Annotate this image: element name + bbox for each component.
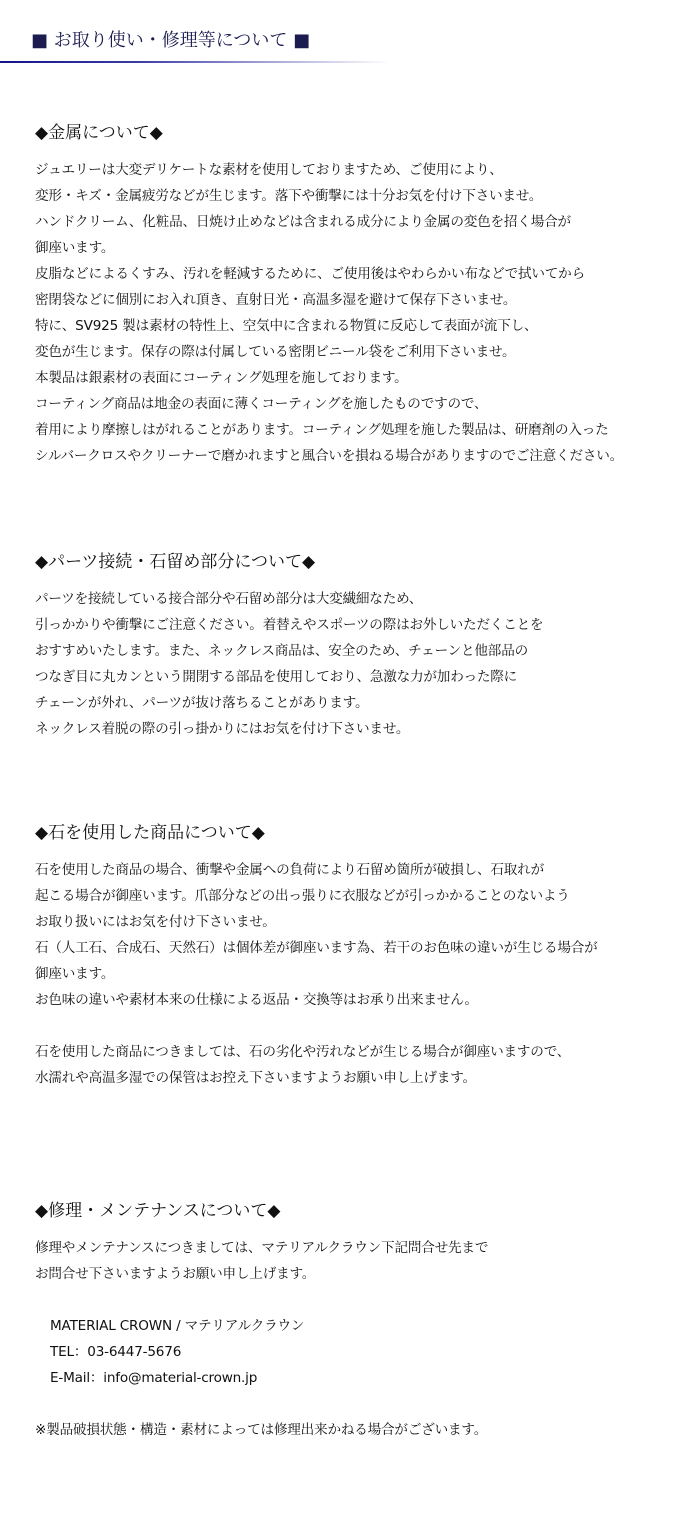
section-metal: ◆金属について◆ ジュエリーは大変デリケートな素材を使用しておりますため、ご使用… <box>35 121 695 469</box>
body-line: 御座います。 <box>35 235 695 261</box>
section-stone-products: ◆石を使用した商品について◆ 石を使用した商品の場合、衝撃や金属への負荷により石… <box>35 821 695 1091</box>
body-line: 石（人工石、合成石、天然石）は個体差が御座います為、若干のお色味の違いが生じる場… <box>35 935 695 961</box>
body-line: 石を使用した商品につきましては、石の劣化や汚れなどが生じる場合が御座いますので、 <box>35 1039 695 1065</box>
page-title: ■ お取り使い・修理等について ■ <box>31 29 310 53</box>
body-line: お取り扱いにはお気を付け下さいませ。 <box>35 909 695 935</box>
body-line: 変色が生じます。保存の際は付属している密閉ビニール袋をご利用下さいませ。 <box>35 339 695 365</box>
body-line: 本製品は銀素材の表面にコーティング処理を施しております。 <box>35 365 695 391</box>
section-heading: ◆修理・メンテナンスについて◆ <box>35 1199 695 1223</box>
body-line: 起こる場合が御座います。爪部分などの出っ張りに衣服などが引っかかることのないよう <box>35 883 695 909</box>
title-underline-divider <box>0 61 390 63</box>
spacer <box>35 1391 695 1417</box>
section-body: パーツを接続している接合部分や石留め部分は大変繊細なため、 引っかかりや衝撃にご… <box>35 586 695 742</box>
section-heading: ◆石を使用した商品について◆ <box>35 821 695 845</box>
body-line: 変形・キズ・金属疲労などが生じます。落下や衝撃には十分お気を付け下さいませ。 <box>35 183 695 209</box>
contact-block: MATERIAL CROWN / マテリアルクラウン TEL：03-6447-5… <box>35 1313 695 1391</box>
spacer <box>35 1287 695 1313</box>
section-body: 石を使用した商品の場合、衝撃や金属への負荷により石留め箇所が破損し、石取れが 起… <box>35 857 695 1091</box>
blank-line <box>35 1013 695 1039</box>
body-line: お問合せ下さいますようお願い申し上げます。 <box>35 1261 695 1287</box>
body-line: おすすめいたします。また、ネックレス商品は、安全のため、チェーンと他部品の <box>35 638 695 664</box>
body-line: 御座います。 <box>35 961 695 987</box>
body-line: ネックレス着脱の際の引っ掛かりにはお気を付け下さいませ。 <box>35 716 695 742</box>
contact-tel[interactable]: TEL：03-6447-5676 <box>50 1339 695 1365</box>
body-line: 石を使用した商品の場合、衝撃や金属への負荷により石留め箇所が破損し、石取れが <box>35 857 695 883</box>
body-line: つなぎ目に丸カンという開閉する部品を使用しており、急激な力が加わった際に <box>35 664 695 690</box>
body-line: ジュエリーは大変デリケートな素材を使用しておりますため、ご使用により、 <box>35 157 695 183</box>
body-line: ハンドクリーム、化粧品、日焼け止めなどは含まれる成分により金属の変色を招く場合が <box>35 209 695 235</box>
body-line: 引っかかりや衝撃にご注意ください。着替えやスポーツの際はお外しいただくことを <box>35 612 695 638</box>
repair-note: ※製品破損状態・構造・素材によっては修理出来かねる場合がございます。 <box>35 1417 695 1443</box>
body-line: 修理やメンテナンスにつきましては、マテリアルクラウン下記問合せ先まで <box>35 1235 695 1261</box>
body-line: 皮脂などによるくすみ、汚れを軽減するために、ご使用後はやわらかい布などで拭いてか… <box>35 261 695 287</box>
body-line: チェーンが外れ、パーツが抜け落ちることがあります。 <box>35 690 695 716</box>
body-line: 着用により摩擦しはがれることがあります。コーティング処理を施した製品は、研磨剤の… <box>35 417 695 443</box>
contact-email[interactable]: E-Mail：info@material-crown.jp <box>50 1365 695 1391</box>
body-line: 特に、SV925 製は素材の特性上、空気中に含まれる物質に反応して表面が流下し、 <box>35 313 695 339</box>
body-line: お色味の違いや素材本来の仕様による返品・交換等はお承り出来ません。 <box>35 987 695 1013</box>
section-heading: ◆金属について◆ <box>35 121 695 145</box>
section-heading: ◆パーツ接続・石留め部分について◆ <box>35 550 695 574</box>
body-line: コーティング商品は地金の表面に薄くコーティングを施したものですので、 <box>35 391 695 417</box>
section-repair-maintenance: ◆修理・メンテナンスについて◆ 修理やメンテナンスにつきましては、マテリアルクラ… <box>35 1199 695 1443</box>
body-line: パーツを接続している接合部分や石留め部分は大変繊細なため、 <box>35 586 695 612</box>
section-parts-connection: ◆パーツ接続・石留め部分について◆ パーツを接続している接合部分や石留め部分は大… <box>35 550 695 742</box>
contact-company: MATERIAL CROWN / マテリアルクラウン <box>50 1313 695 1339</box>
body-line: 密閉袋などに個別にお入れ頂き、直射日光・高温多湿を避けて保存下さいませ。 <box>35 287 695 313</box>
section-body: 修理やメンテナンスにつきましては、マテリアルクラウン下記問合せ先まで お問合せ下… <box>35 1235 695 1443</box>
section-body: ジュエリーは大変デリケートな素材を使用しておりますため、ご使用により、 変形・キ… <box>35 157 695 469</box>
body-line: シルバークロスやクリーナーで磨かれますと風合いを損ねる場合がありますのでご注意く… <box>35 443 695 469</box>
body-line: 水濡れや高温多湿での保管はお控え下さいますようお願い申し上げます。 <box>35 1065 695 1091</box>
